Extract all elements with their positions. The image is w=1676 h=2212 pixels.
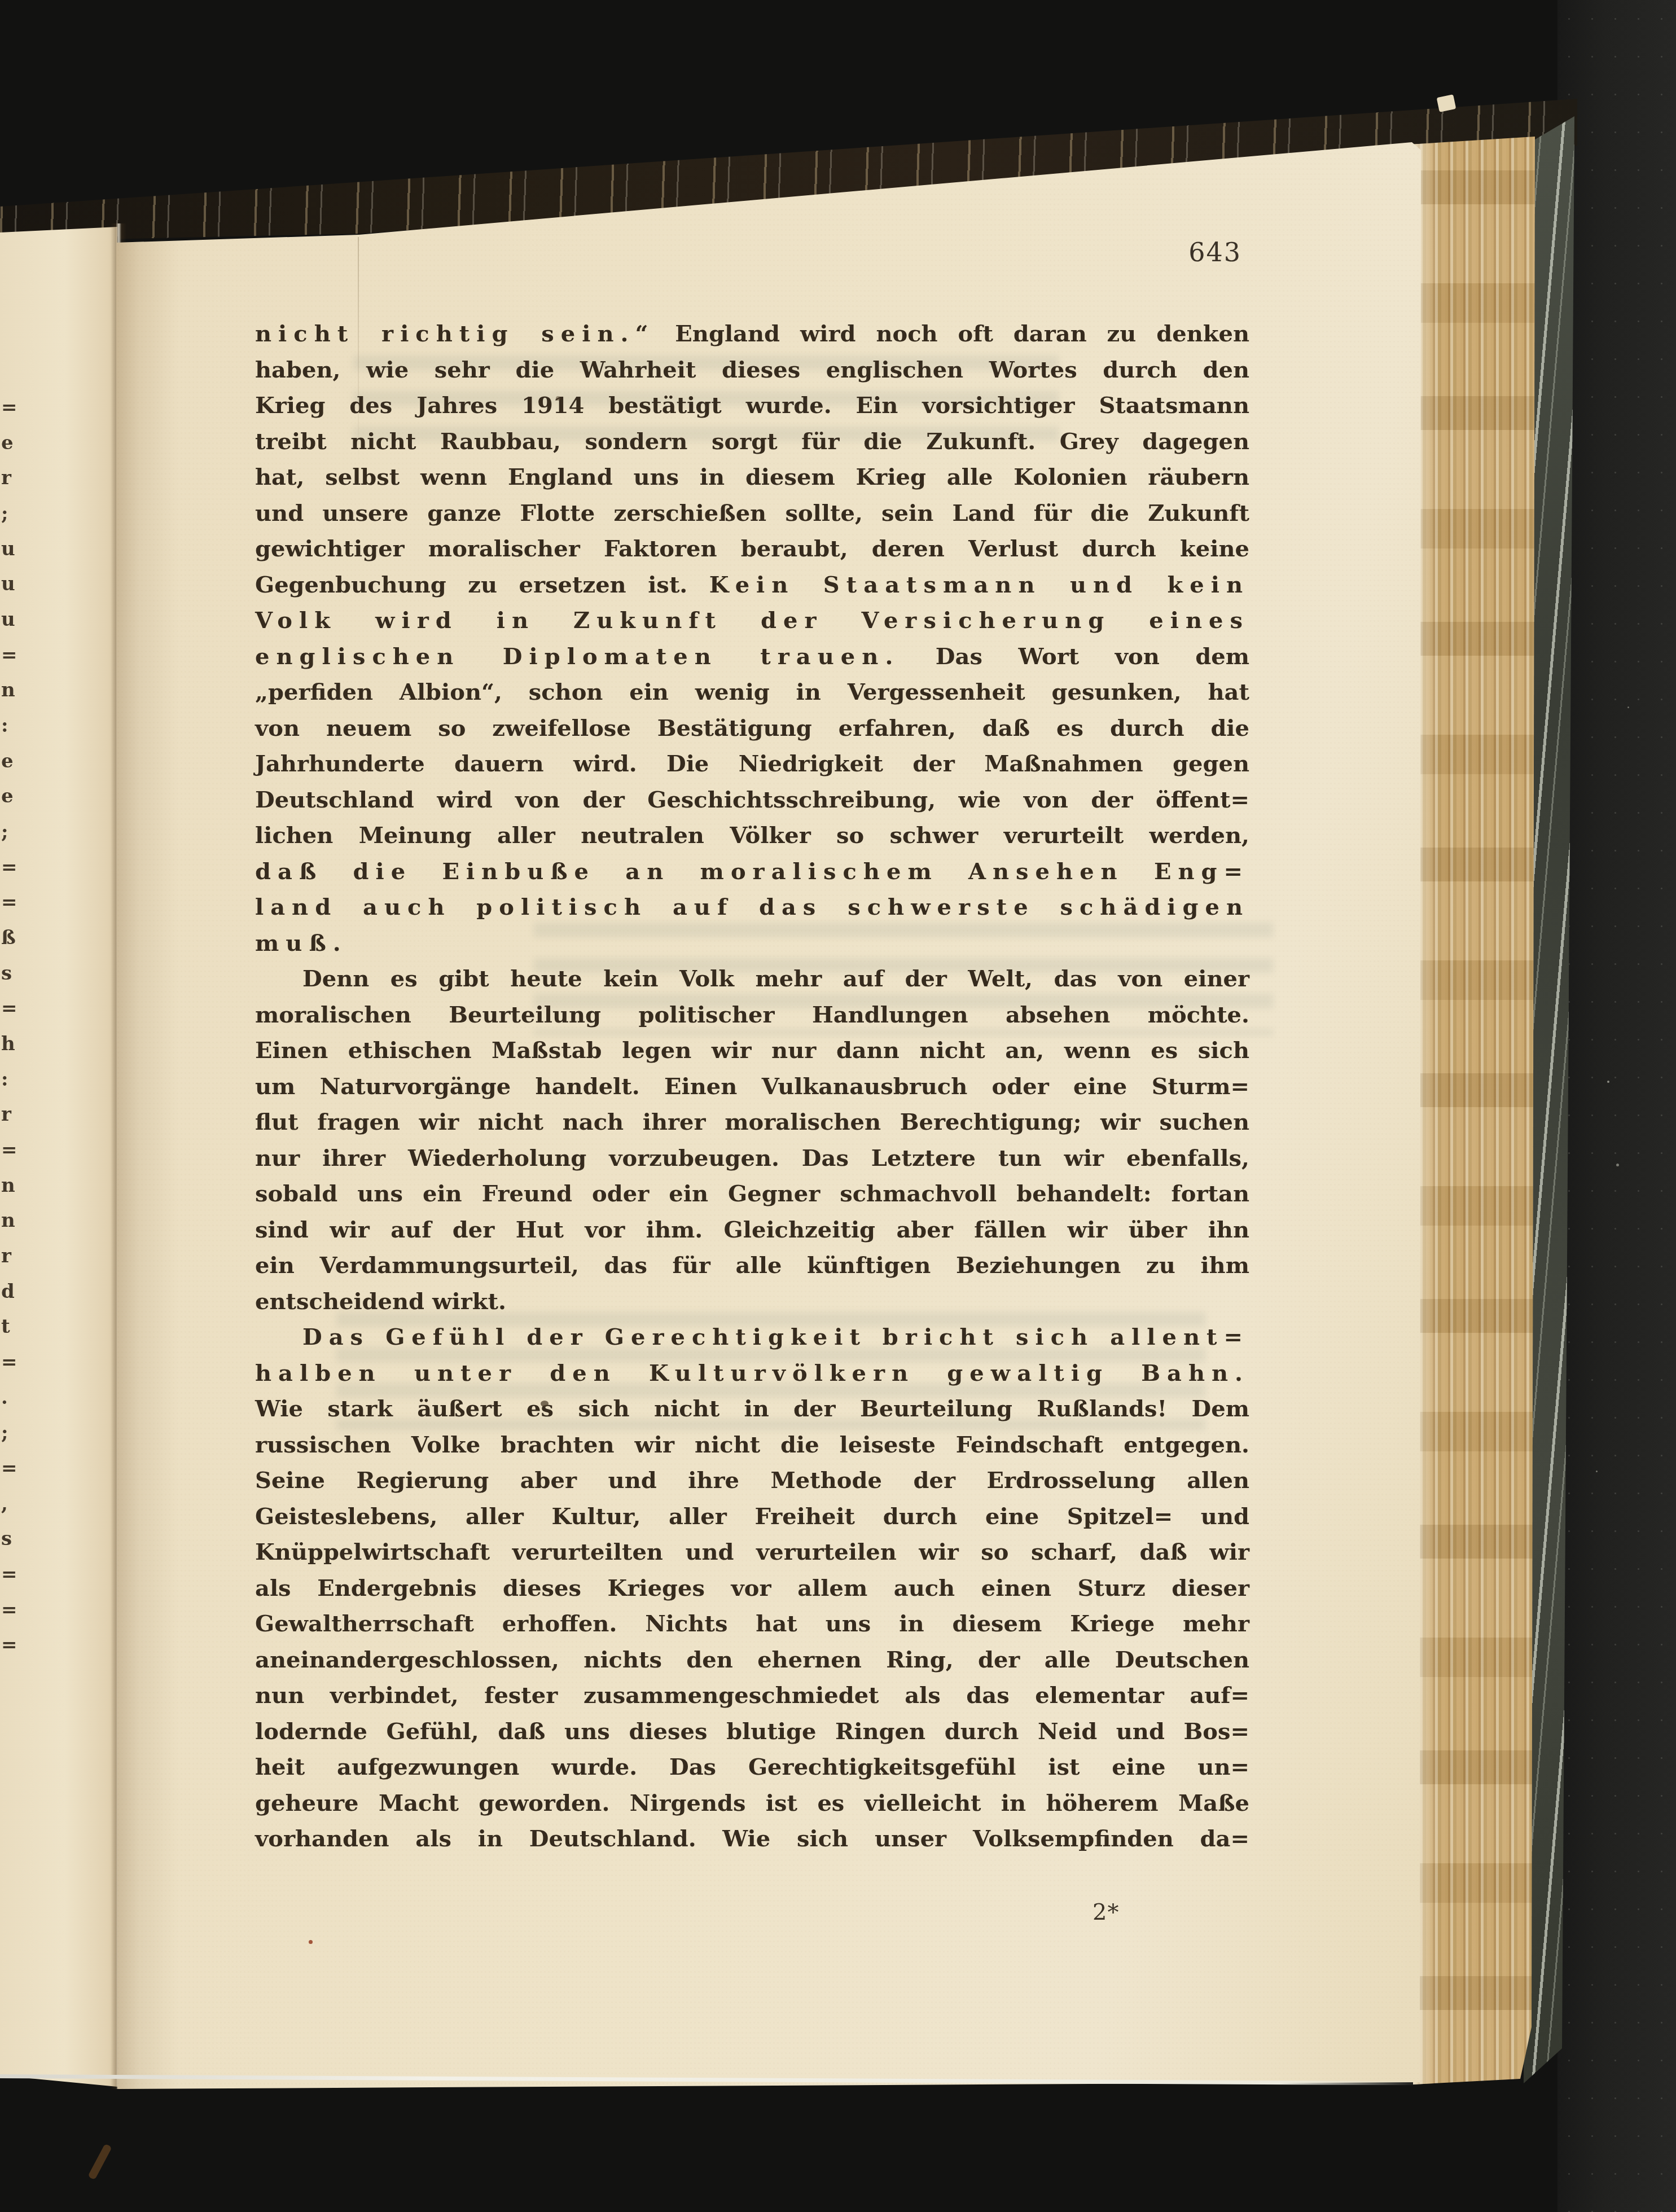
left-page-text-fragment: : [1,1070,8,1089]
left-page-text-fragment: h [1,1034,15,1054]
text-line: sobald uns ein Freund oder ein Gegner sc… [255,1176,1249,1212]
letterspaced-text: muß. [255,930,348,956]
text-segment: von neuem so zweifellose Bestätigung erf… [255,715,1249,741]
letterspaced-text: daß die Einbuße an moralischem Ansehen E… [255,858,1249,885]
left-page-text-fragment: = [1,999,17,1018]
left-page-text-fragment: n [1,1211,15,1230]
text-line: daß die Einbuße an moralischem Ansehen E… [255,854,1249,890]
debris-streak [87,2144,112,2180]
page-number: 643 [1129,237,1241,267]
book-photo: =er;uuu=n:ee;==ßs=h:r=nnrdt=.;=,s=== 643… [0,0,1676,2212]
text-segment: Krieg des Jahres 1914 bestätigt wurde. E… [255,392,1249,419]
text-line: Geisteslebens, aller Kultur, aller Freih… [255,1499,1249,1535]
text-line: von neuem so zweifellose Bestätigung erf… [255,710,1249,747]
text-segment: Wie stark äußert es sich nicht in der Be… [255,1395,1249,1422]
text-segment: aneinandergeschlossen, nichts den eherne… [255,1647,1249,1673]
left-page-text-fragment: : [1,716,8,735]
text-segment: Einen ethischen Maßstab legen wir nur da… [255,1037,1249,1064]
letterspaced-text: nicht richtig sein.“ [255,321,655,347]
text-line: lichen Meinung aller neutralen Völker so… [255,818,1249,854]
ink-speck [556,396,560,401]
text-block: nicht richtig sein.“ England wird noch o… [255,316,1249,1857]
background-right [1557,0,1676,2212]
text-line: und unsere ganze Flotte zerschießen soll… [255,495,1249,532]
text-segment: gewichtiger moralischer Faktoren beraubt… [255,536,1249,562]
text-line: geheure Macht geworden. Nirgends ist es … [255,1785,1249,1822]
text-segment: nur ihrer Wiederholung vorzubeugen. Das … [255,1145,1249,1171]
text-line: ein Verdammungsurteil, das für alle künf… [255,1248,1249,1284]
text-line: Gegenbuchung zu ersetzen ist. Kein Staat… [255,567,1249,603]
left-page-text-fragment: d [1,1282,15,1301]
text-segment: Knüppelwirtschaft verurteilten und verur… [255,1539,1249,1565]
text-segment: Deutschland wird von der Geschichtsschre… [255,787,1249,813]
text-line: „perfiden Albion“, schon ein wenig in Ve… [255,674,1249,710]
left-page-text-fragment: s [1,964,12,983]
letterspaced-text: Volk wird in Zukunft der Versicherung ei… [255,607,1249,634]
text-line: sind wir auf der Hut vor ihm. Gleichzeit… [255,1212,1249,1248]
letterspaced-text: englischen Diplomaten trauen. [255,643,900,670]
left-page-text-fragment: r [1,1105,11,1124]
dust-speck [1596,1471,1598,1472]
letterspaced-text: halben unter den Kulturvölkern gewaltig … [255,1360,1249,1386]
left-page-text-fragment: = [1,1140,17,1160]
text-line: nicht richtig sein.“ England wird noch o… [255,316,1249,352]
text-segment: lichen Meinung aller neutralen Völker so… [255,822,1249,849]
ink-speck [541,1401,549,1407]
text-line: um Naturvorgänge handelt. Einen Vulkanau… [255,1069,1249,1105]
text-line: Denn es gibt heute kein Volk mehr auf de… [255,961,1249,997]
text-segment: sind wir auf der Hut vor ihm. Gleichzeit… [255,1217,1249,1243]
text-line: als Endergebnis dieses Krieges vor allem… [255,1570,1249,1607]
text-segment: russischen Volke brachten wir nicht die … [255,1432,1249,1458]
text-line: Das Gefühl der Gerechtigkeit bricht sich… [255,1319,1249,1355]
book-page: 643 nicht richtig sein.“ England wird no… [116,141,1421,2089]
text-line: muß. [255,925,1249,962]
left-page-text-fragment: u [1,539,15,559]
letterspaced-text: Das Gefühl der Gerechtigkeit bricht sich… [302,1324,1249,1350]
left-page-text-fragment: s [1,1529,12,1548]
text-segment: hat, selbst wenn England uns in diesem K… [255,464,1249,490]
text-line: haben, wie sehr die Wahrheit dieses engl… [255,352,1249,388]
text-line: gewichtiger moralischer Faktoren beraubt… [255,531,1249,567]
dust-speck [1607,1081,1609,1083]
left-page-text-fragment: = [1,1600,17,1619]
text-segment: lodernde Gefühl, daß uns dieses blutige … [255,1718,1249,1745]
text-line: vorhanden als in Deutschland. Wie sich u… [255,1821,1249,1857]
text-line: heit aufgezwungen wurde. Das Gerechtigke… [255,1749,1249,1785]
dust-speck [1627,706,1629,708]
text-segment: ein Verdammungsurteil, das für alle künf… [255,1252,1249,1279]
left-page-text-fragment: = [1,646,17,665]
text-line: Seine Regierung aber und ihre Methode de… [255,1463,1249,1499]
text-line: nur ihrer Wiederholung vorzubeugen. Das … [255,1140,1249,1177]
text-segment: flut fragen wir nicht nach ihrer moralis… [255,1109,1249,1135]
text-segment: Seine Regierung aber und ihre Methode de… [255,1467,1249,1494]
text-segment: Gewaltherrschaft erhoffen. Nichts hat un… [255,1610,1249,1637]
left-page-text-fragment: , [1,1494,8,1513]
text-segment: Jahrhunderte dauern wird. Die Niedrigkei… [255,750,1249,777]
left-page-text-fragment: = [1,858,17,877]
left-page-text-fragment: n [1,1176,15,1195]
text-segment: heit aufgezwungen wurde. Das Gerechtigke… [255,1754,1249,1780]
left-page-text-fragment: = [1,1459,17,1478]
text-segment: und unsere ganze Flotte zerschießen soll… [255,500,1249,526]
text-line: Krieg des Jahres 1914 bestätigt wurde. E… [255,388,1249,424]
text-line: Deutschland wird von der Geschichtsschre… [255,782,1249,818]
left-page-text-fragment: u [1,574,15,594]
text-line: Einen ethischen Maßstab legen wir nur da… [255,1033,1249,1069]
left-page-text-fragment: = [1,1635,17,1654]
left-page-text-fragment: = [1,1565,17,1584]
text-line: hat, selbst wenn England uns in diesem K… [255,459,1249,495]
ink-speck [309,1940,313,1944]
left-page-text-fragment: t [1,1317,10,1336]
text-segment: entscheidend wirkt. [255,1288,506,1315]
left-page-text-fragment: r [1,1247,11,1266]
text-segment: geheure Macht geworden. Nirgends ist es … [255,1790,1249,1816]
text-segment: vorhanden als in Deutschland. Wie sich u… [255,1825,1249,1852]
text-line: land auch politisch auf das schwerste sc… [255,889,1249,925]
left-page-text-fragment: e [1,787,14,806]
signature-mark: 2* [1093,1899,1119,1925]
text-line: entscheidend wirkt. [255,1284,1249,1320]
left-page-text-fragment: u [1,610,15,629]
text-line: nun verbindet, fester zusammengeschmiede… [255,1678,1249,1714]
text-line: treibt nicht Raubbau, sondern sorgt für … [255,424,1249,460]
text-segment: haben, wie sehr die Wahrheit dieses engl… [255,357,1249,383]
text-segment: Denn es gibt heute kein Volk mehr auf de… [302,965,1249,992]
text-segment: Gegenbuchung zu ersetzen ist. [255,572,709,598]
text-segment: nun verbindet, fester zusammengeschmiede… [255,1682,1249,1709]
text-line: russischen Volke brachten wir nicht die … [255,1427,1249,1463]
text-line: flut fragen wir nicht nach ihrer moralis… [255,1104,1249,1140]
left-page-text-fragment: ; [1,822,8,841]
text-line: Gewaltherrschaft erhoffen. Nichts hat un… [255,1606,1249,1642]
left-page-text-fragment: ß [1,928,16,947]
text-line: aneinandergeschlossen, nichts den eherne… [255,1642,1249,1678]
text-line: Knüppelwirtschaft verurteilten und verur… [255,1534,1249,1570]
text-line: Volk wird in Zukunft der Versicherung ei… [255,603,1249,639]
text-segment: treibt nicht Raubbau, sondern sorgt für … [255,428,1249,455]
left-page-text-fragment: ; [1,504,8,523]
dust-speck [1616,1164,1619,1166]
text-segment: moralischen Beurteilung politischer Hand… [255,1002,1249,1028]
left-page-sliver: =er;uuu=n:ee;==ßs=h:r=nnrdt=.;=,s=== [0,223,117,2091]
text-segment: als Endergebnis dieses Krieges vor allem… [255,1575,1249,1601]
left-page-text-fragment: = [1,893,17,912]
letterspaced-text: land auch politisch auf das schwerste sc… [255,894,1249,920]
text-segment: Geisteslebens, aller Kultur, aller Freih… [255,1503,1249,1530]
text-segment: England wird noch oft daran zu denken [655,321,1249,347]
left-page-text-fragment: r [1,468,11,488]
text-segment: sobald uns ein Freund oder ein Gegner sc… [255,1180,1249,1207]
left-page-text-fragment: . [1,1388,8,1407]
text-segment: um Naturvorgänge handelt. Einen Vulkanau… [255,1073,1249,1100]
left-page-text-fragment: = [1,398,17,417]
text-line: englischen Diplomaten trauen. Das Wort v… [255,639,1249,675]
text-line: moralischen Beurteilung politischer Hand… [255,997,1249,1033]
left-page-text-fragment: e [1,752,14,771]
text-line: lodernde Gefühl, daß uns dieses blutige … [255,1714,1249,1750]
letterspaced-text: Kein Staatsmann und kein [709,572,1249,598]
left-page-text-fragment: ; [1,1423,8,1442]
text-segment: Das Wort von dem [900,643,1249,670]
text-segment: „perfiden Albion“, schon ein wenig in Ve… [255,679,1249,705]
text-line: halben unter den Kulturvölkern gewaltig … [255,1355,1249,1392]
left-page-text-fragment: n [1,681,15,700]
text-line: Jahrhunderte dauern wird. Die Niedrigkei… [255,746,1249,782]
left-page-text-fragment: e [1,433,14,453]
left-page-text-fragment: = [1,1353,17,1372]
text-line: Wie stark äußert es sich nicht in der Be… [255,1391,1249,1427]
